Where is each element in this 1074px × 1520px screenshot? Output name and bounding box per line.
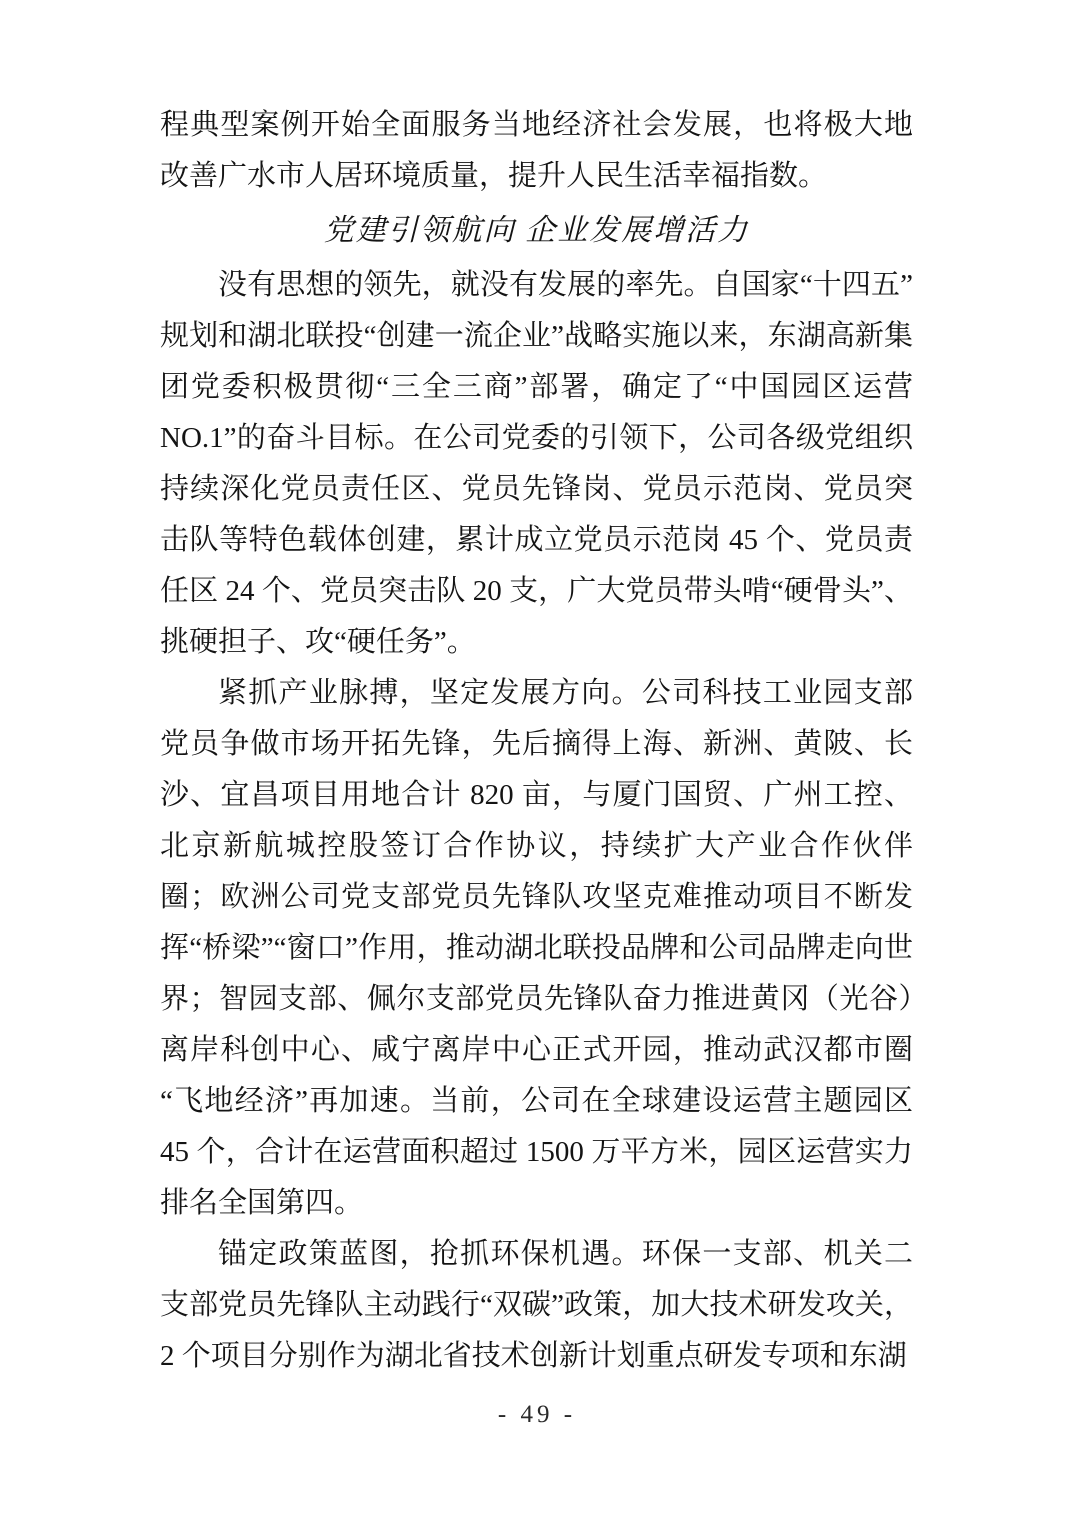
page-body: 程典型案例开始全面服务当地经济社会发展，也将极大地改善广水市人居环境质量，提升人… xyxy=(160,100,913,1382)
body-paragraph: 紧抓产业脉搏，坚定发展方向。公司科技工业园支部党员争做市场开拓先锋，先后摘得上海… xyxy=(160,668,913,1229)
body-paragraph: 锚定政策蓝图，抢抓环保机遇。环保一支部、机关二支部党员先锋队主动践行“双碳”政策… xyxy=(160,1229,913,1382)
body-paragraph: 程典型案例开始全面服务当地经济社会发展，也将极大地改善广水市人居环境质量，提升人… xyxy=(160,100,913,202)
document-page: 程典型案例开始全面服务当地经济社会发展，也将极大地改善广水市人居环境质量，提升人… xyxy=(0,0,1074,1520)
page-footer: - 49 - xyxy=(0,1398,1074,1432)
section-heading: 党建引领航向 企业发展增活力 xyxy=(160,202,913,260)
page-number: - 49 - xyxy=(498,1401,576,1428)
body-paragraph: 没有思想的领先，就没有发展的率先。自国家“十四五”规划和湖北联投“创建一流企业”… xyxy=(160,260,913,668)
